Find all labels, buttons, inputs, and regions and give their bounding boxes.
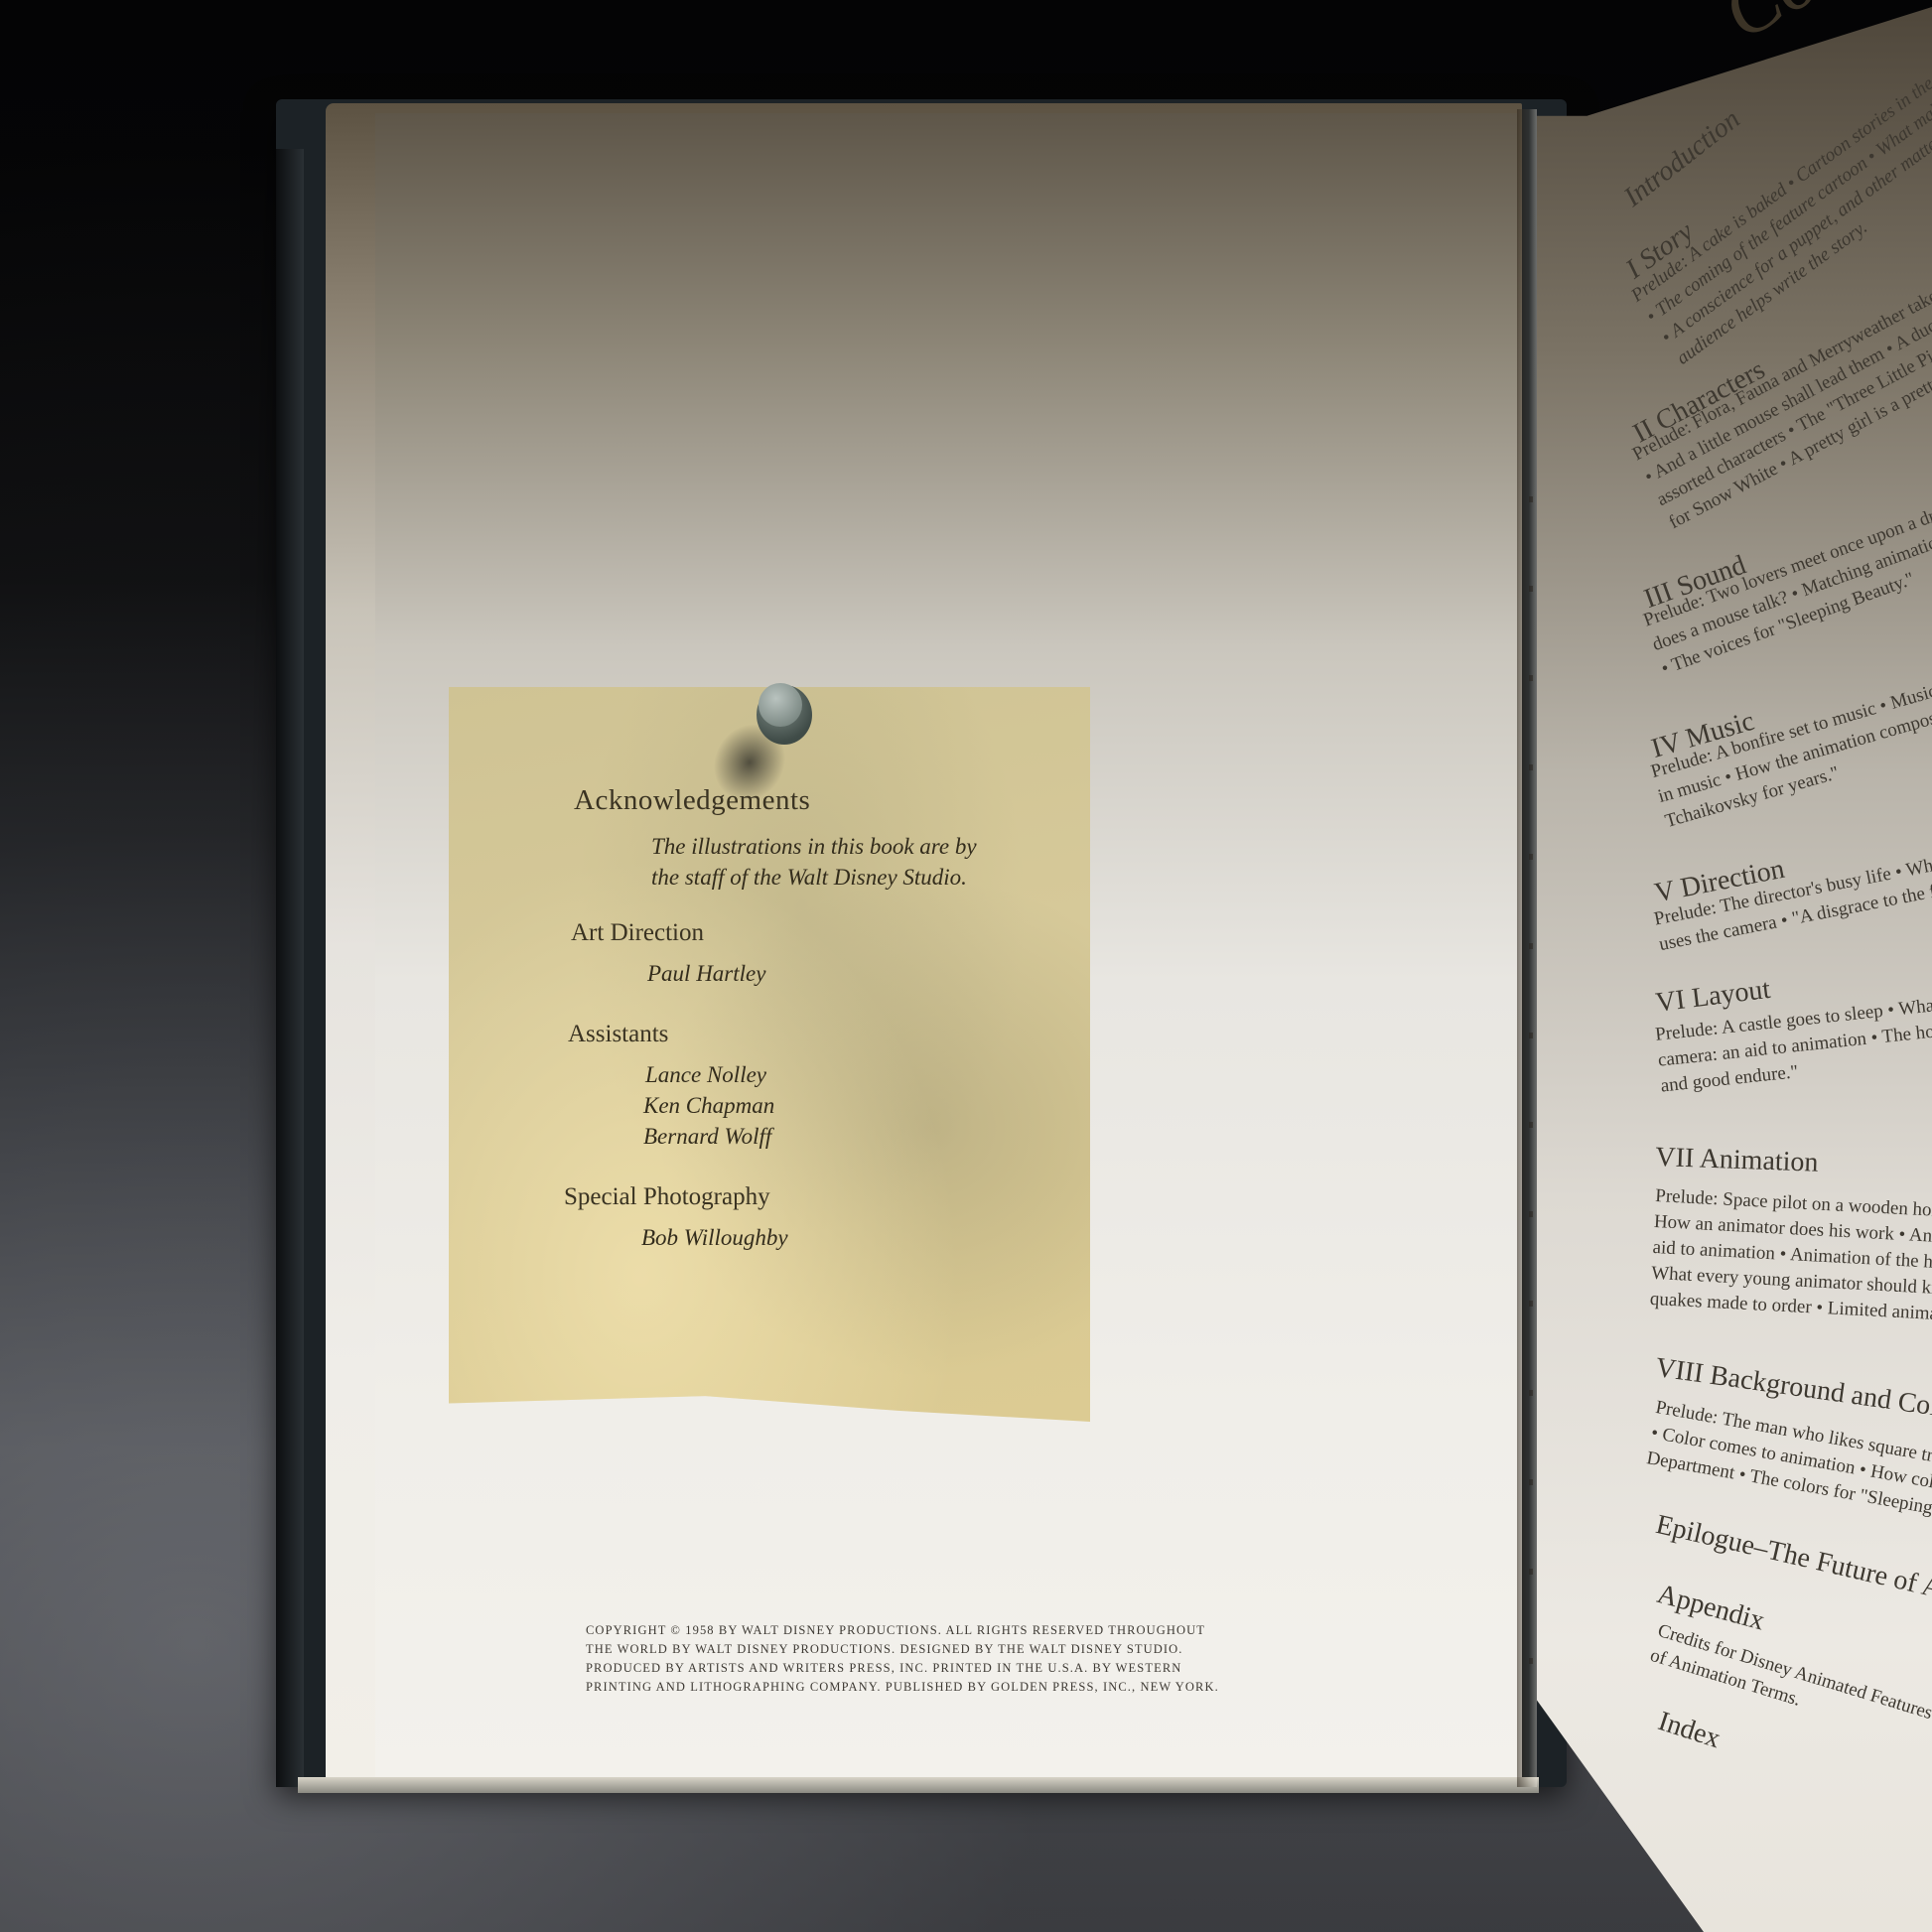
binding-stitches <box>1529 496 1533 1688</box>
toc-body: Prelude: Space pilot on a wooden horse •… <box>1649 1183 1932 1330</box>
credit-name: Bob Willoughby <box>641 1225 788 1251</box>
page-bottom-edge <box>298 1777 1539 1793</box>
section-heading-art-direction: Art Direction <box>571 919 704 947</box>
credit-name: Ken Chapman <box>643 1093 774 1119</box>
acknowledgements-title: Acknowledgements <box>574 784 810 817</box>
toc-heading-animation: VII Animation <box>1655 1142 1819 1179</box>
copyright-line: Produced by Artists and Writers Press, I… <box>586 1659 1271 1678</box>
credit-name: Lance Nolley <box>645 1062 766 1088</box>
section-heading-special-photography: Special Photography <box>564 1183 770 1211</box>
credit-name: Paul Hartley <box>647 961 765 987</box>
copyright-line: Printing and Lithographing Company. Publ… <box>586 1678 1271 1697</box>
section-heading-assistants: Assistants <box>568 1021 668 1048</box>
copyright-notice: Copyright © 1958 by Walt Disney Producti… <box>586 1621 1271 1697</box>
acknowledgements-subtitle-line2: the staff of the Walt Disney Studio. <box>651 865 967 891</box>
thumbtack-head <box>759 683 802 727</box>
book-gutter <box>1517 109 1537 1787</box>
copyright-line: the world by Walt Disney Productions. De… <box>586 1640 1271 1659</box>
copyright-line: Copyright © 1958 by Walt Disney Producti… <box>586 1621 1271 1640</box>
book-cover-edge <box>276 149 304 1787</box>
acknowledgements-subtitle-line1: The illustrations in this book are by <box>651 834 977 860</box>
credit-name: Bernard Wolff <box>643 1124 771 1150</box>
